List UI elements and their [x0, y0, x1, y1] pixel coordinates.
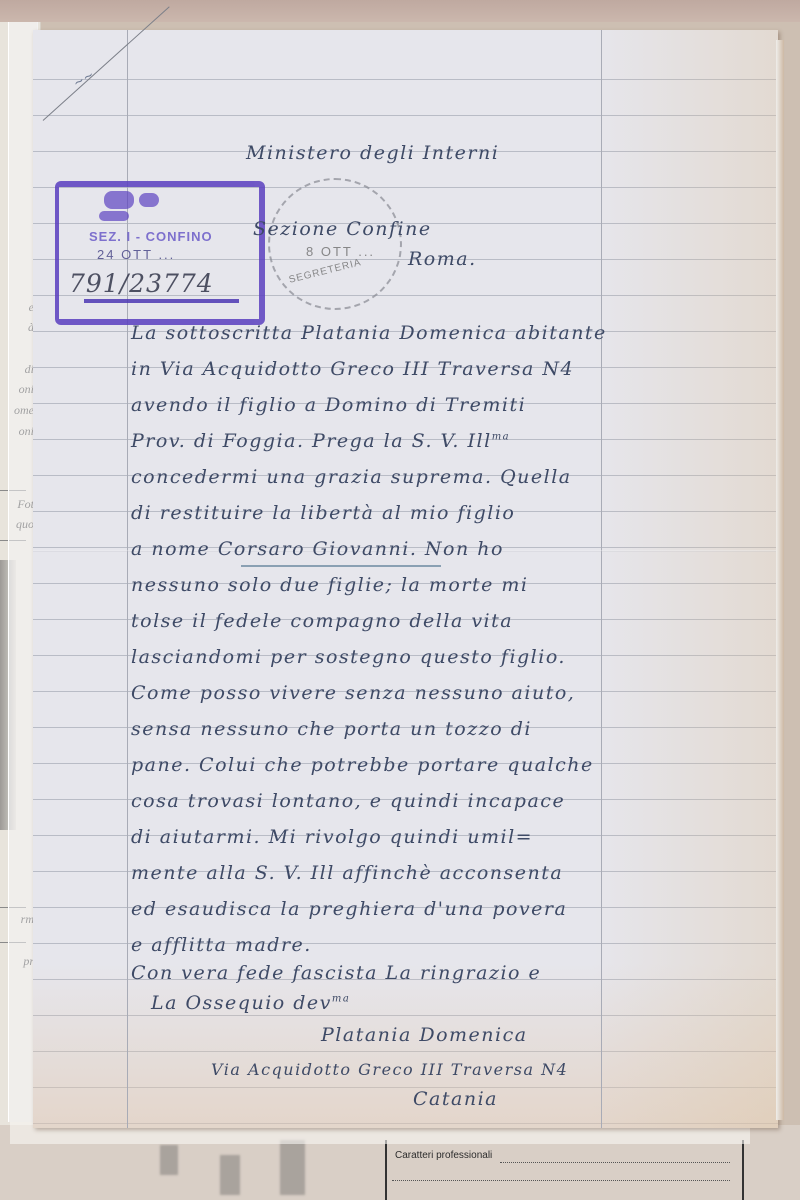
body-line: di restituire la libertà al mio figlio — [131, 502, 515, 524]
stamp-office-text: SEZ. I - CONFINO — [89, 229, 213, 244]
stamp-underline — [84, 299, 239, 303]
body-line: in Via Acquidotto Greco III Traversa N4 — [131, 358, 574, 380]
signature-city: Catania — [413, 1088, 498, 1110]
stamp-date-text: 24 OTT ... — [97, 247, 175, 262]
body-line: nessuno solo due figlie; la morte mi — [131, 574, 528, 596]
header-city: Roma. — [408, 248, 477, 270]
body-line: Come posso vivere senza nessuno aiuto, — [131, 682, 575, 704]
body-line: cosa trovasi lontano, e quindi incapace — [131, 790, 565, 812]
paper-edge-right — [776, 40, 784, 1120]
form-dotted-line — [500, 1162, 730, 1163]
margin-line-right — [601, 30, 602, 1128]
backdrop-top — [0, 0, 800, 22]
round-stamp-date: 8 OTT ... — [306, 244, 375, 259]
body-line: concedermi una grazia suprema. Quella — [131, 466, 572, 488]
body-line: e afflitta madre. — [131, 934, 312, 956]
name-underline — [241, 565, 441, 567]
fingerprint-smudge — [160, 1145, 178, 1175]
stamp-ink-blot — [139, 193, 159, 207]
purple-registry-stamp: SEZ. I - CONFINO 24 OTT ... 791/23774 — [55, 181, 265, 325]
header-section: Sezione Confine — [253, 218, 432, 240]
body-line: tolse il fedele compagno della vita — [131, 610, 513, 632]
pencil-initials: ~~ — [71, 68, 97, 92]
body-line: mente alla S. V. Ill affinchè acconsenta — [131, 862, 563, 884]
body-line: lasciandomi per sostegno questo figlio. — [131, 646, 566, 668]
fingerprint-smudge — [280, 1140, 305, 1195]
round-secretariat-stamp: 8 OTT ... SEGRETERIA — [268, 178, 402, 310]
letter-paper: ~~ SEZ. I - CONFINO 24 OTT ... 791/23774… — [33, 30, 778, 1128]
body-line: La sottoscritta Platania Domenica abitan… — [131, 322, 607, 344]
fingerprint-smudge — [220, 1155, 240, 1195]
closing-line: Con vera fede fascista La ringrazio e — [131, 962, 541, 984]
body-line: sensa nessuno che porta un tozzo di — [131, 718, 532, 740]
form-label-caratteri: Caratteri professionali — [395, 1150, 492, 1161]
body-line: ed esaudisca la preghiera d'una povera — [131, 898, 567, 920]
body-line: pane. Colui che potrebbe portare qualche — [131, 754, 594, 776]
form-box — [385, 1140, 744, 1200]
body-line: di aiutarmi. Mi rivolgo quindi umil= — [131, 826, 533, 848]
signature-address: Via Acquidotto Greco III Traversa N4 — [211, 1060, 568, 1079]
round-stamp-text: SEGRETERIA — [288, 257, 363, 286]
pencil-slash-mark — [43, 6, 170, 120]
closing-line: La Ossequio devma — [151, 992, 350, 1014]
body-line: Prov. di Foggia. Prega la S. V. Illma — [131, 430, 510, 452]
stamp-protocol-number: 791/23774 — [69, 269, 214, 298]
stamp-ink-blot — [99, 211, 129, 221]
stamp-ink-blot — [104, 191, 134, 209]
header-ministry: Ministero degli Interni — [246, 142, 499, 164]
signature-name: Platania Domenica — [321, 1024, 528, 1046]
form-dotted-line — [392, 1180, 730, 1181]
body-line: avendo il figlio a Domino di Tremiti — [131, 394, 526, 416]
body-line-with-name: a nome Corsaro Giovanni. Non ho — [131, 538, 504, 560]
